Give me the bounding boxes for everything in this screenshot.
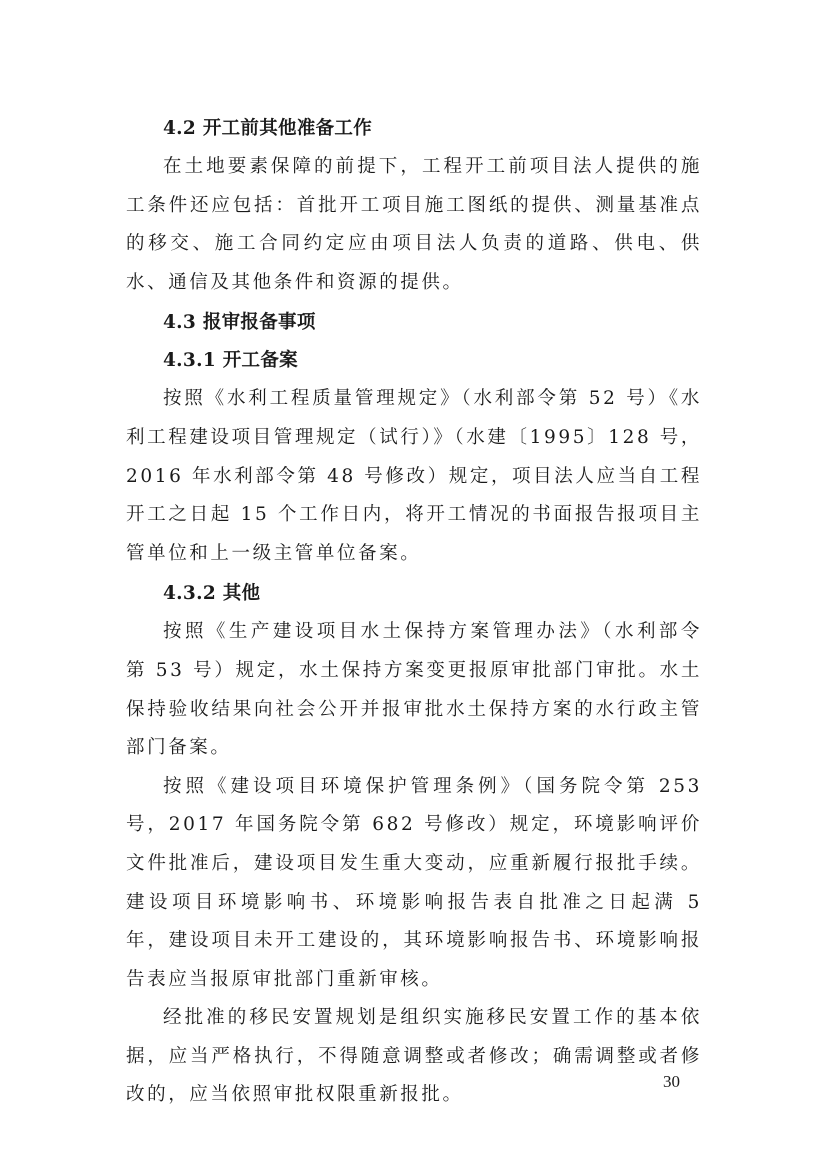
- section-heading-4-3-2: 4.3.2 其他: [126, 575, 702, 613]
- paragraph: 按照《生产建设项目水土保持方案管理办法》（水利部令第 53 号）规定，水土保持方…: [126, 613, 702, 767]
- paragraph: 在土地要素保障的前提下，工程开工前项目法人提供的施工条件还应包括：首批开工项目施…: [126, 148, 702, 302]
- page-number: 30: [663, 1072, 680, 1092]
- section-heading-4-2: 4.2 开工前其他准备工作: [126, 110, 702, 148]
- paragraph: 按照《建设项目环境保护管理条例》（国务院令第 253 号，2017 年国务院令第…: [126, 768, 702, 1000]
- paragraph: 经批准的移民安置规划是组织实施移民安置工作的基本依据，应当严格执行，不得随意调整…: [126, 999, 702, 1115]
- paragraph: 按照《水利工程质量管理规定》（水利部令第 52 号）《水利工程建设项目管理规定（…: [126, 380, 702, 573]
- page-content: 4.2 开工前其他准备工作 在土地要素保障的前提下，工程开工前项目法人提供的施工…: [126, 110, 702, 1115]
- section-heading-4-3-1: 4.3.1 开工备案: [126, 342, 702, 380]
- document-page: 4.2 开工前其他准备工作 在土地要素保障的前提下，工程开工前项目法人提供的施工…: [0, 0, 826, 1169]
- section-heading-4-3: 4.3 报审报备事项: [126, 304, 702, 342]
